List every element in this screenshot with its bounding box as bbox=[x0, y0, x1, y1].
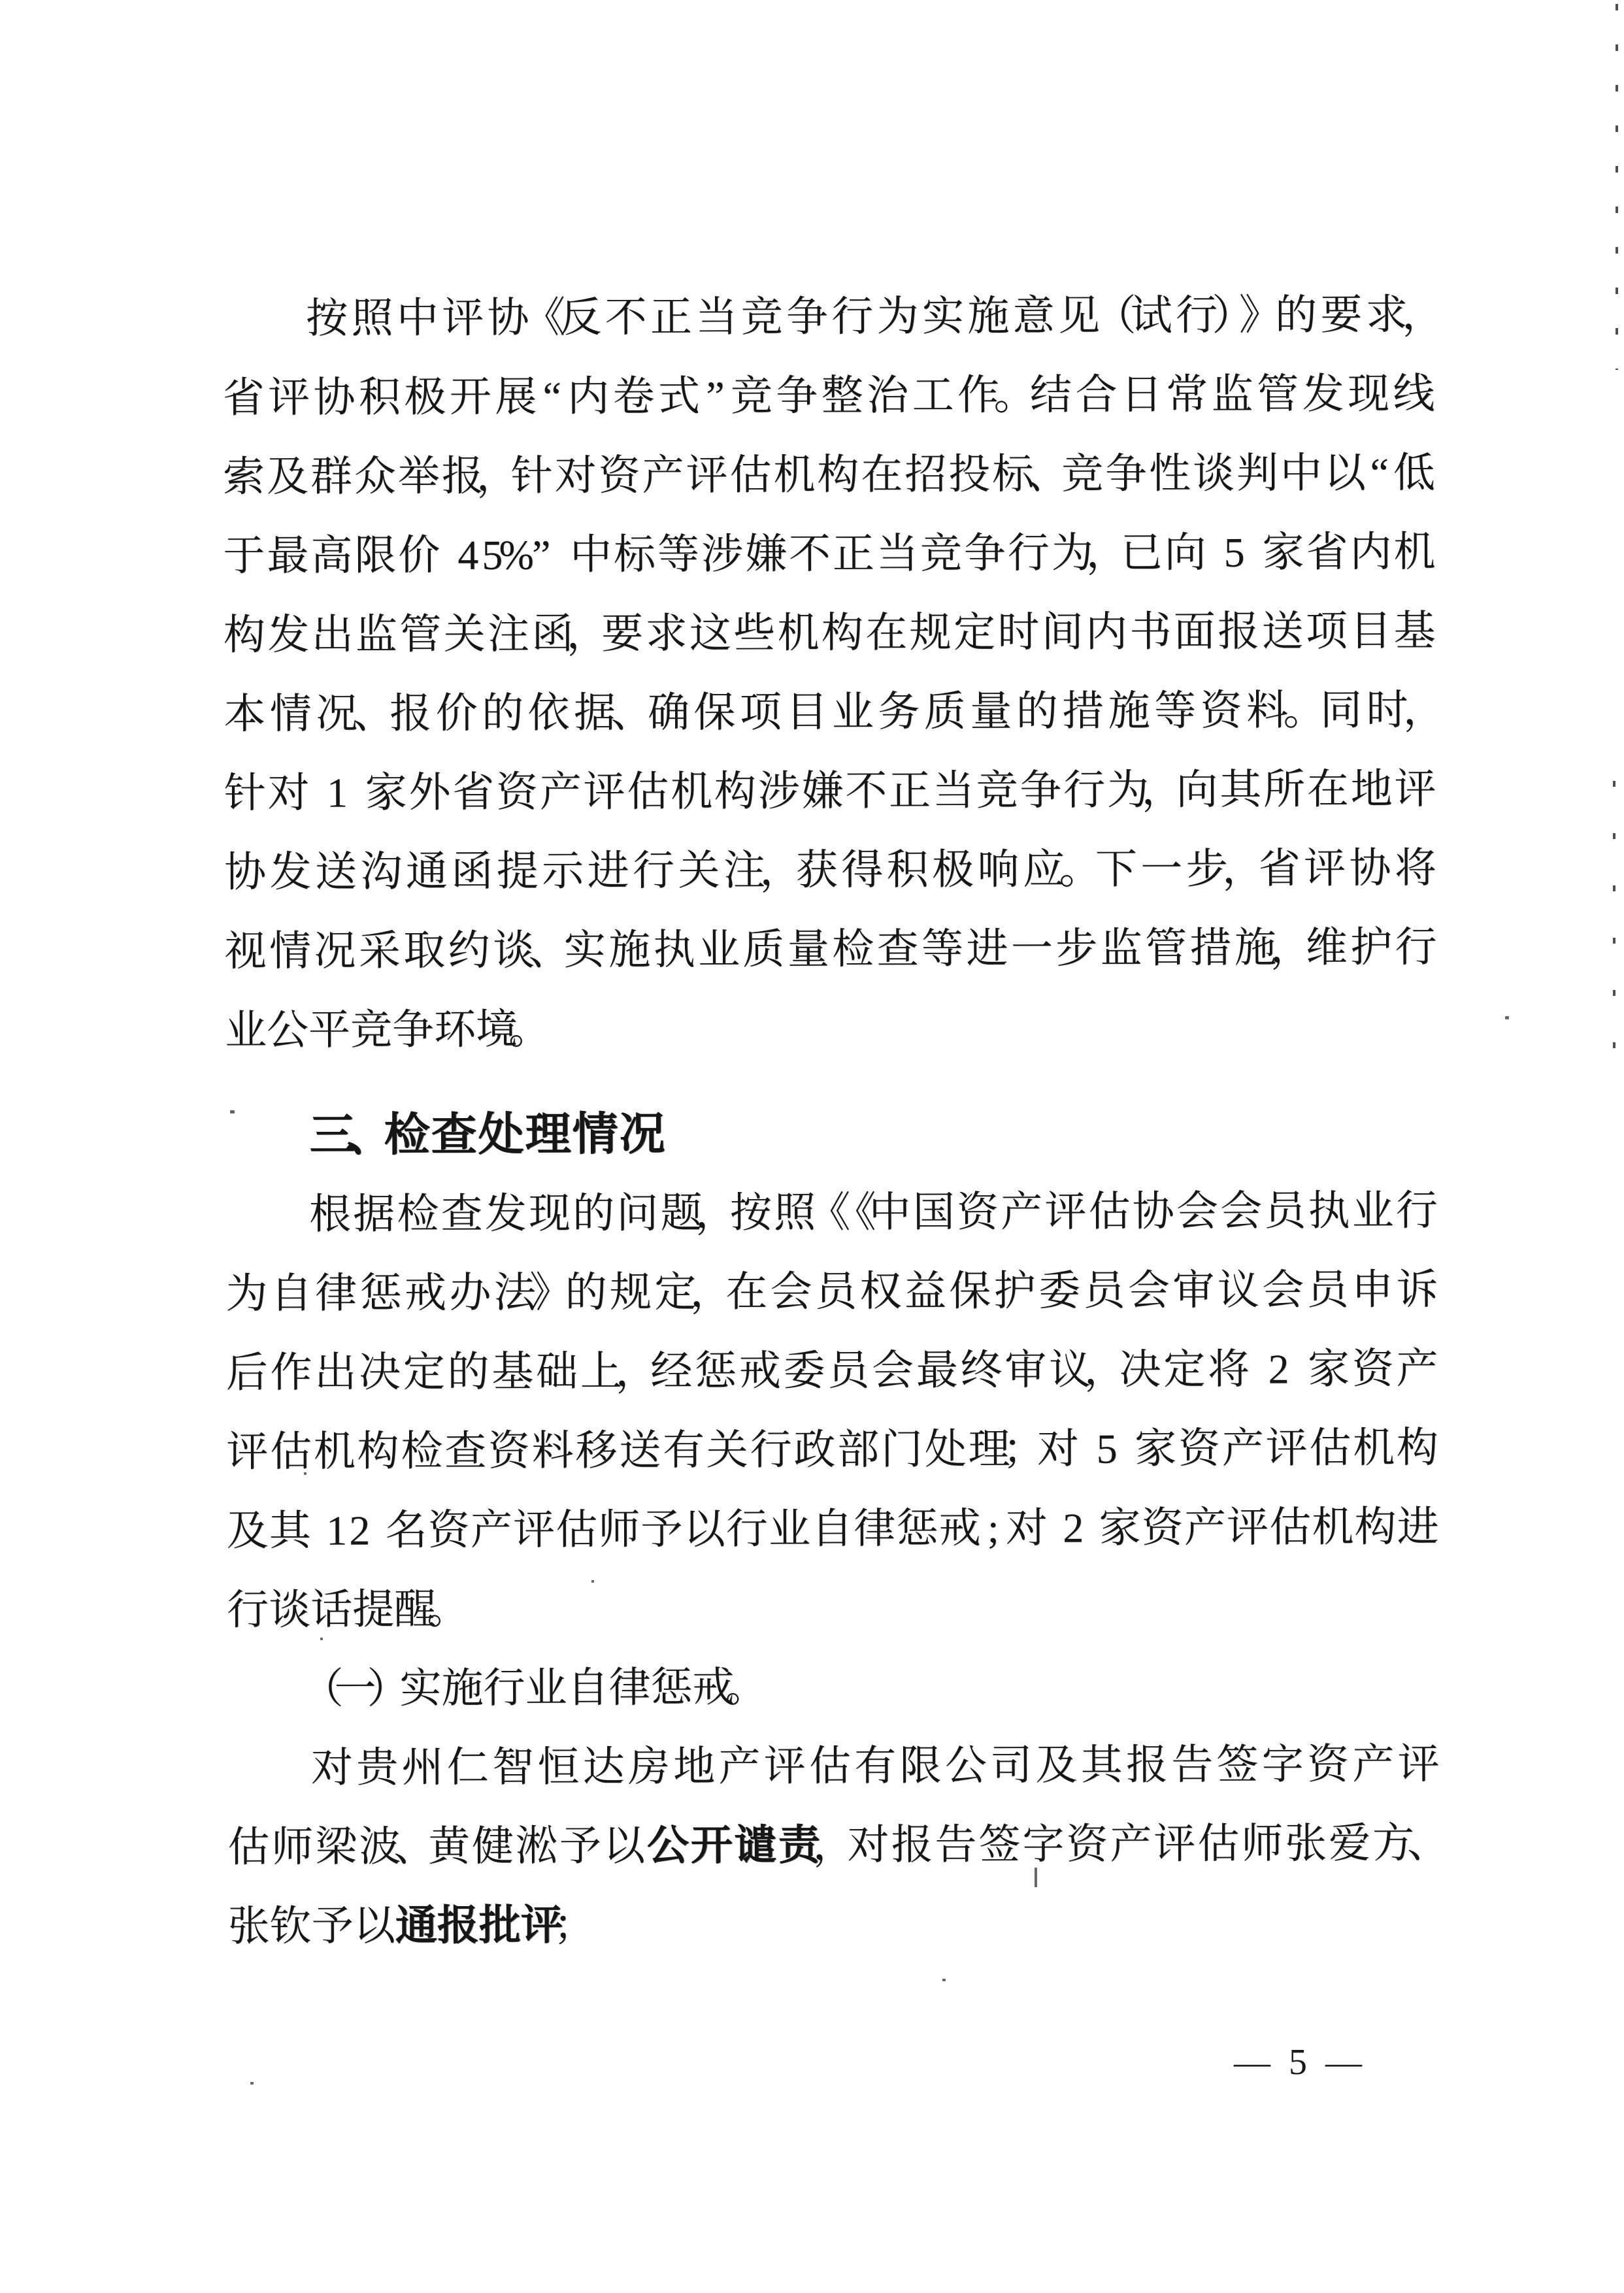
glyph: 自 bbox=[567, 1648, 608, 1727]
glyph: 业 bbox=[698, 910, 740, 989]
glyph: 资 bbox=[1066, 1805, 1108, 1884]
glyph: 据 bbox=[574, 673, 616, 752]
glyph: 按 bbox=[730, 1173, 772, 1252]
glyph: 竞 bbox=[976, 751, 1018, 830]
glyph: 对 bbox=[311, 1728, 353, 1807]
glyph: 求 bbox=[645, 594, 687, 673]
glyph: 将 bbox=[1208, 1330, 1250, 1409]
glyph: 发 bbox=[485, 1174, 527, 1253]
glyph: 产 bbox=[1222, 1409, 1264, 1488]
glyph: 低 bbox=[1393, 433, 1435, 512]
glyph: 的 bbox=[1275, 275, 1317, 354]
glyph: 房 bbox=[628, 1727, 670, 1806]
glyph: 律 bbox=[315, 1254, 357, 1333]
glyph: 对 bbox=[554, 436, 596, 515]
glyph: 师 bbox=[1241, 1804, 1283, 1883]
glyph: 评 bbox=[1265, 1408, 1307, 1487]
glyph: 查 bbox=[876, 910, 918, 989]
glyph: 正 bbox=[889, 751, 931, 830]
glyph: 行 bbox=[227, 1570, 269, 1649]
glyph: 移 bbox=[575, 1411, 617, 1490]
glyph: 。 bbox=[1292, 670, 1316, 750]
glyph: 性 bbox=[1149, 434, 1191, 513]
glyph: 估 bbox=[627, 752, 669, 831]
glyph: 家 bbox=[1099, 1488, 1140, 1567]
glyph: 字 bbox=[1262, 1724, 1304, 1804]
glyph: 实 bbox=[564, 910, 606, 989]
glyph: 规 bbox=[610, 1253, 652, 1332]
glyph: 定 bbox=[403, 1332, 445, 1411]
para1-line9: 视情况采取约谈、实施执业质量检查等进一步监管措施，维护行 bbox=[224, 908, 1436, 991]
glyph: 5 bbox=[1095, 1409, 1118, 1488]
glyph: 况 bbox=[316, 674, 357, 753]
glyph: 出 bbox=[311, 595, 353, 674]
glyph: 定 bbox=[1163, 1330, 1205, 1409]
glyph: 估 bbox=[1088, 1172, 1130, 1251]
glyph: 争 bbox=[964, 514, 1006, 593]
glyph: 在 bbox=[725, 1252, 767, 1331]
glyph: 价 bbox=[435, 674, 477, 753]
glyph: ， bbox=[822, 1806, 846, 1885]
glyph: 根 bbox=[309, 1175, 351, 1254]
glyph: 在 bbox=[1307, 750, 1349, 829]
glyph: 处 bbox=[477, 1095, 524, 1174]
glyph: 反 bbox=[559, 278, 601, 357]
glyph: 些 bbox=[733, 593, 775, 672]
glyph: 价 bbox=[398, 516, 440, 595]
glyph: 获 bbox=[796, 831, 838, 910]
glyph: 已 bbox=[1121, 513, 1163, 592]
glyph: 管 bbox=[1257, 354, 1299, 433]
glyph: 关 bbox=[706, 1410, 748, 1489]
glyph: 智 bbox=[492, 1728, 534, 1807]
glyph: 务 bbox=[878, 672, 920, 751]
glyph: 州 bbox=[401, 1728, 443, 1807]
glyph: 发 bbox=[269, 833, 311, 912]
glyph: 采 bbox=[359, 911, 401, 990]
para1-line1: 按照中评协《反不正当竞争行为实施意见（试行）》的要求， bbox=[222, 275, 1434, 358]
glyph: 协 bbox=[224, 833, 266, 912]
glyph: ， bbox=[1279, 908, 1302, 987]
glyph bbox=[1292, 1329, 1305, 1408]
glyph: 招 bbox=[904, 435, 946, 514]
glyph: 门 bbox=[881, 1410, 923, 1489]
glyph: 批 bbox=[479, 1886, 521, 1965]
glyph: 进 bbox=[966, 909, 1008, 988]
glyph: ” bbox=[529, 515, 553, 594]
glyph bbox=[1247, 513, 1260, 592]
glyph bbox=[312, 1491, 325, 1570]
glyph: 恒 bbox=[537, 1727, 579, 1806]
glyph: 项 bbox=[740, 672, 782, 751]
glyph: 资 bbox=[428, 1491, 470, 1570]
glyph: 家 bbox=[365, 753, 406, 832]
glyph bbox=[1208, 513, 1221, 592]
glyph: 告 bbox=[1171, 1725, 1213, 1804]
glyph: 评 bbox=[226, 1412, 268, 1491]
glyph: 师 bbox=[598, 1490, 640, 1569]
glyph: 贵 bbox=[356, 1728, 398, 1807]
glyph: 料 bbox=[1246, 671, 1288, 750]
glyph: 资 bbox=[1352, 1329, 1394, 1408]
glyph: 其 bbox=[269, 1491, 311, 1570]
glyph: 正 bbox=[833, 514, 874, 593]
glyph: 向 bbox=[1164, 513, 1206, 592]
glyph: 字 bbox=[1022, 1805, 1064, 1884]
glyph: 护 bbox=[1350, 908, 1392, 987]
glyph: 举 bbox=[398, 437, 440, 516]
glyph: 对 bbox=[1006, 1489, 1048, 1568]
glyph: 律 bbox=[608, 1648, 650, 1727]
glyph: ， bbox=[1411, 275, 1434, 354]
glyph: 其 bbox=[1219, 750, 1261, 829]
glyph: 协 bbox=[313, 358, 355, 437]
glyph: 产 bbox=[642, 436, 684, 515]
glyph: 这 bbox=[689, 594, 731, 673]
glyph: 协 bbox=[1133, 1172, 1174, 1251]
glyph: 评 bbox=[513, 1490, 555, 1569]
glyph: 机 bbox=[1312, 1487, 1353, 1566]
glyph: 开 bbox=[691, 1806, 733, 1885]
glyph: 省 bbox=[1258, 829, 1300, 908]
glyph: 日 bbox=[1121, 355, 1163, 434]
glyph: 决 bbox=[359, 1332, 401, 1411]
scan-speck bbox=[250, 2082, 254, 2085]
glyph bbox=[1119, 1409, 1133, 1488]
glyph: 检 bbox=[401, 1411, 442, 1491]
glyph: 所 bbox=[1263, 750, 1305, 829]
glyph bbox=[1085, 1489, 1098, 1568]
glyph: 决 bbox=[1119, 1330, 1161, 1409]
glyph: 、 bbox=[362, 674, 386, 753]
glyph: 估 bbox=[1269, 1487, 1311, 1566]
glyph: 估 bbox=[1309, 1408, 1351, 1487]
glyph: 司 bbox=[990, 1726, 1032, 1805]
glyph bbox=[1048, 1489, 1061, 1568]
glyph: ， bbox=[1093, 1330, 1117, 1409]
para1-line3: 索及群众举报，针对资产评估机构在招投标、竞争性谈判中以“低 bbox=[223, 433, 1435, 516]
glyph: 当 bbox=[876, 514, 918, 593]
glyph: 在 bbox=[865, 593, 907, 672]
glyph: 内 bbox=[1085, 592, 1127, 671]
glyph: 地 bbox=[1350, 750, 1392, 829]
glyph: 检 bbox=[383, 1095, 430, 1174]
para2-line3: 后作出决定的基础上，经惩戒委员会最终审议，决定将 2 家资产 bbox=[226, 1329, 1438, 1412]
glyph: 的 bbox=[1016, 672, 1058, 751]
glyph: 提 bbox=[352, 1570, 394, 1649]
glyph: 及 bbox=[1035, 1726, 1077, 1805]
sub-heading: （一）实施行业自律惩戒。 bbox=[227, 1645, 1439, 1728]
glyph: ， bbox=[1151, 750, 1174, 829]
glyph: 惩 bbox=[359, 1253, 401, 1332]
glyph: 争 bbox=[392, 990, 434, 1069]
glyph: 时 bbox=[1366, 670, 1408, 750]
glyph: 量 bbox=[787, 910, 829, 989]
glyph: 施 bbox=[967, 276, 1009, 355]
glyph: 查 bbox=[440, 1174, 482, 1253]
glyph: 、 bbox=[356, 1095, 383, 1174]
glyph: 签 bbox=[1216, 1725, 1258, 1804]
glyph: 中 bbox=[570, 515, 612, 594]
glyph: 量 bbox=[970, 672, 1012, 751]
glyph: 产 bbox=[1396, 1329, 1438, 1408]
glyph: 检 bbox=[397, 1174, 439, 1253]
glyph: 治 bbox=[867, 356, 908, 435]
glyph: 措 bbox=[1062, 672, 1104, 751]
glyph: ， bbox=[576, 594, 599, 673]
glyph: 机 bbox=[314, 1412, 356, 1491]
glyph: 资 bbox=[496, 753, 538, 832]
glyph: 按 bbox=[306, 279, 348, 358]
scan-speck bbox=[304, 1472, 307, 1475]
glyph: 资 bbox=[598, 436, 640, 515]
glyph: 。 bbox=[1003, 355, 1026, 435]
glyph: 送 bbox=[315, 833, 357, 912]
glyph: 报 bbox=[891, 1805, 933, 1884]
para3-line2: 估师梁波、黄健淞予以公开谴责，对报告签字资产评估师张爱方、 bbox=[227, 1804, 1440, 1887]
glyph: 谈 bbox=[269, 1570, 310, 1649]
glyph: 》 bbox=[539, 1253, 562, 1332]
glyph: 监 bbox=[1211, 355, 1253, 434]
glyph: 进 bbox=[587, 831, 629, 910]
glyph: 外 bbox=[408, 753, 450, 832]
glyph: 不 bbox=[605, 278, 646, 357]
glyph: 告 bbox=[935, 1805, 976, 1884]
glyph: 、 bbox=[537, 910, 561, 989]
glyph: 公 bbox=[945, 1726, 987, 1805]
glyph: 问 bbox=[616, 1174, 658, 1253]
glyph: 予 bbox=[640, 1490, 682, 1569]
glyph: 料 bbox=[532, 1411, 574, 1490]
glyph: 《 bbox=[843, 1173, 867, 1252]
glyph: 权 bbox=[859, 1252, 901, 1331]
glyph: 业 bbox=[832, 672, 874, 751]
glyph: ， bbox=[1412, 670, 1436, 750]
glyph: 对 bbox=[267, 753, 309, 833]
glyph: 会 bbox=[770, 1252, 812, 1331]
glyph: 取 bbox=[403, 911, 445, 990]
glyph: 等 bbox=[921, 909, 963, 988]
glyph: 资 bbox=[1307, 1724, 1349, 1804]
glyph: 达 bbox=[582, 1727, 624, 1806]
glyph: 估 bbox=[270, 1412, 312, 1491]
glyph: 质 bbox=[742, 910, 784, 989]
glyph: 协 bbox=[1349, 829, 1391, 908]
glyph: 。 bbox=[518, 990, 541, 1069]
glyph bbox=[1252, 1330, 1265, 1409]
glyph: 2 bbox=[1062, 1489, 1084, 1568]
glyph: 索 bbox=[223, 437, 265, 516]
glyph: 实 bbox=[399, 1649, 441, 1728]
glyph: 政 bbox=[793, 1410, 835, 1489]
glyph: 惩 bbox=[695, 1332, 737, 1411]
glyph: 构 bbox=[821, 593, 863, 672]
glyph: 视 bbox=[224, 912, 266, 991]
glyph: 以 bbox=[354, 1886, 395, 1965]
glyph: 公 bbox=[647, 1806, 689, 1885]
para2-line1: 根据检查发现的问题，按照《《中国资产评估协会会员执业行 bbox=[225, 1171, 1438, 1254]
glyph: （ bbox=[310, 1649, 334, 1728]
glyph: “ bbox=[540, 357, 563, 436]
glyph: 通 bbox=[395, 1886, 437, 1965]
glyph: 情 bbox=[270, 674, 312, 753]
glyph: 。 bbox=[1068, 830, 1091, 909]
glyph: 对 bbox=[1037, 1410, 1079, 1489]
document-body: 按照中评协《反不正当竞争行为实施意见（试行）》的要求，省评协积极开展“内卷式”竞… bbox=[222, 275, 1440, 1966]
glyph: 关 bbox=[678, 831, 720, 910]
glyph: 争 bbox=[1019, 751, 1061, 830]
para3-line3: 张钦予以通报批评； bbox=[228, 1883, 1440, 1966]
glyph: 评 bbox=[1304, 829, 1346, 908]
glyph: 竞 bbox=[350, 990, 392, 1069]
glyph: 沟 bbox=[360, 832, 402, 911]
glyph: 极 bbox=[404, 357, 446, 437]
glyph: 整 bbox=[821, 356, 863, 435]
glyph: 惩 bbox=[896, 1489, 938, 1568]
glyph: 群 bbox=[310, 437, 352, 516]
glyph: 机 bbox=[777, 593, 819, 672]
para3-line1: 对贵州仁智恒达房地产评估有限公司及其报告签字资产评 bbox=[227, 1724, 1440, 1807]
glyph bbox=[371, 1491, 384, 1570]
glyph: 、 bbox=[403, 1807, 426, 1886]
glyph: 线 bbox=[1393, 354, 1434, 433]
glyph: 管 bbox=[399, 595, 441, 674]
glyph: 行 bbox=[750, 1410, 791, 1489]
para2-line5: 及其 12 名资产评估师予以行业自律惩戒;对 2 家资产评估机构进 bbox=[226, 1487, 1438, 1570]
glyph: 委 bbox=[783, 1331, 825, 1410]
glyph: 当 bbox=[695, 277, 737, 356]
glyph: 正 bbox=[650, 278, 692, 357]
glyph: 众 bbox=[354, 437, 396, 516]
glyph: 函 bbox=[451, 832, 493, 911]
glyph: 家 bbox=[1262, 512, 1304, 591]
glyph: 行 bbox=[1063, 751, 1105, 830]
glyph: ， bbox=[624, 1332, 648, 1411]
glyph: ， bbox=[699, 1253, 723, 1332]
glyph: 等 bbox=[1154, 671, 1196, 750]
para2-line2: 为自律惩戒办法》的规定，在会员权益保护委员会审议会员申诉 bbox=[225, 1250, 1438, 1333]
glyph: 谈 bbox=[1193, 434, 1235, 513]
para1-line7: 针对 1 家外省资产评估机构涉嫌不正当竞争行为，向其所在地评 bbox=[224, 750, 1436, 833]
glyph: 机 bbox=[773, 435, 815, 514]
glyph: 行 bbox=[483, 1649, 525, 1728]
glyph: 行 bbox=[1396, 1171, 1438, 1250]
glyph: 情 bbox=[571, 1095, 618, 1174]
glyph: 资 bbox=[1142, 1488, 1184, 1567]
glyph: 、 bbox=[1036, 435, 1059, 514]
glyph: 估 bbox=[1197, 1804, 1239, 1883]
glyph: 予 bbox=[559, 1806, 601, 1885]
glyph: 资 bbox=[1200, 671, 1242, 750]
glyph: 规 bbox=[909, 593, 951, 672]
glyph bbox=[555, 515, 568, 594]
glyph: 会 bbox=[1262, 1250, 1304, 1329]
glyph: 要 bbox=[601, 594, 643, 673]
glyph: 时 bbox=[997, 593, 1039, 672]
glyph: 构 bbox=[357, 1411, 399, 1491]
para1-line4: 于最高限价 45%” 中标等涉嫌不正当竞争行为，已向 5 家省内机 bbox=[223, 512, 1435, 595]
glyph: 在 bbox=[861, 435, 903, 514]
glyph: 照 bbox=[351, 278, 393, 357]
glyph: 投 bbox=[948, 435, 990, 514]
glyph: 评 bbox=[1227, 1488, 1268, 1567]
scan-speck bbox=[320, 1638, 323, 1640]
glyph: 作 bbox=[270, 1333, 312, 1412]
glyph: 话 bbox=[310, 1570, 352, 1649]
glyph: 意 bbox=[1012, 276, 1054, 355]
glyph: 有 bbox=[854, 1726, 896, 1806]
glyph: 益 bbox=[904, 1251, 946, 1330]
scan-speck bbox=[591, 1580, 594, 1583]
glyph: 判 bbox=[1236, 434, 1278, 513]
scan-edge-dashes-middle bbox=[1613, 781, 1616, 1055]
glyph: 员 bbox=[815, 1252, 857, 1331]
glyph: 环 bbox=[434, 990, 476, 1069]
glyph: 一 bbox=[1011, 909, 1053, 988]
glyph: 估 bbox=[729, 435, 771, 514]
glyph: 积 bbox=[887, 830, 929, 909]
glyph: 张 bbox=[1285, 1804, 1327, 1883]
glyph: 报 bbox=[389, 674, 431, 753]
glyph: 产 bbox=[1110, 1804, 1152, 1883]
glyph: 据 bbox=[353, 1174, 395, 1253]
glyph: 竞 bbox=[731, 356, 772, 435]
glyph: 报 bbox=[437, 1886, 479, 1965]
glyph: 估 bbox=[227, 1807, 269, 1887]
glyph: 对 bbox=[847, 1806, 889, 1885]
glyph: 自 bbox=[271, 1254, 312, 1333]
glyph: 依 bbox=[527, 673, 569, 752]
glyph: 以 bbox=[1324, 433, 1366, 512]
glyph: 于 bbox=[223, 516, 265, 595]
glyph: 实 bbox=[922, 276, 964, 355]
glyph: 行 bbox=[726, 1489, 768, 1568]
glyph: 后 bbox=[226, 1333, 268, 1412]
glyph: 标 bbox=[614, 515, 655, 594]
glyph: 况 bbox=[618, 1095, 665, 1174]
glyph: 业 bbox=[225, 991, 267, 1070]
glyph: 、 bbox=[1416, 1804, 1440, 1883]
scan-speck bbox=[942, 1979, 946, 1981]
glyph bbox=[350, 753, 363, 832]
glyph: 最 bbox=[916, 1330, 958, 1410]
section-heading: 三、检查处理情况 bbox=[225, 1092, 1437, 1175]
glyph: 业 bbox=[769, 1489, 810, 1568]
glyph bbox=[311, 753, 324, 833]
glyph: 及 bbox=[226, 1491, 268, 1570]
glyph: 评 bbox=[442, 278, 484, 357]
glyph: 自 bbox=[811, 1489, 853, 1568]
glyph: 提 bbox=[497, 832, 539, 911]
glyph: ; bbox=[982, 1489, 1005, 1568]
glyph: 平 bbox=[308, 991, 350, 1070]
glyph: 评 bbox=[583, 752, 625, 831]
glyph: 出 bbox=[314, 1333, 356, 1412]
glyph: 竞 bbox=[740, 277, 782, 356]
glyph: 一 bbox=[1140, 829, 1182, 908]
glyph: 得 bbox=[841, 831, 883, 910]
glyph: 2 bbox=[1267, 1330, 1289, 1409]
glyph: 保 bbox=[693, 673, 735, 752]
glyph: 家 bbox=[1308, 1329, 1350, 1408]
glyph: 间 bbox=[1042, 593, 1084, 672]
glyph: 监 bbox=[356, 595, 397, 674]
glyph: 会 bbox=[872, 1331, 914, 1410]
glyph: 查 bbox=[444, 1411, 486, 1491]
glyph: 评 bbox=[1153, 1804, 1195, 1883]
glyph: 申 bbox=[1351, 1250, 1393, 1329]
glyph: 合 bbox=[1075, 355, 1117, 434]
